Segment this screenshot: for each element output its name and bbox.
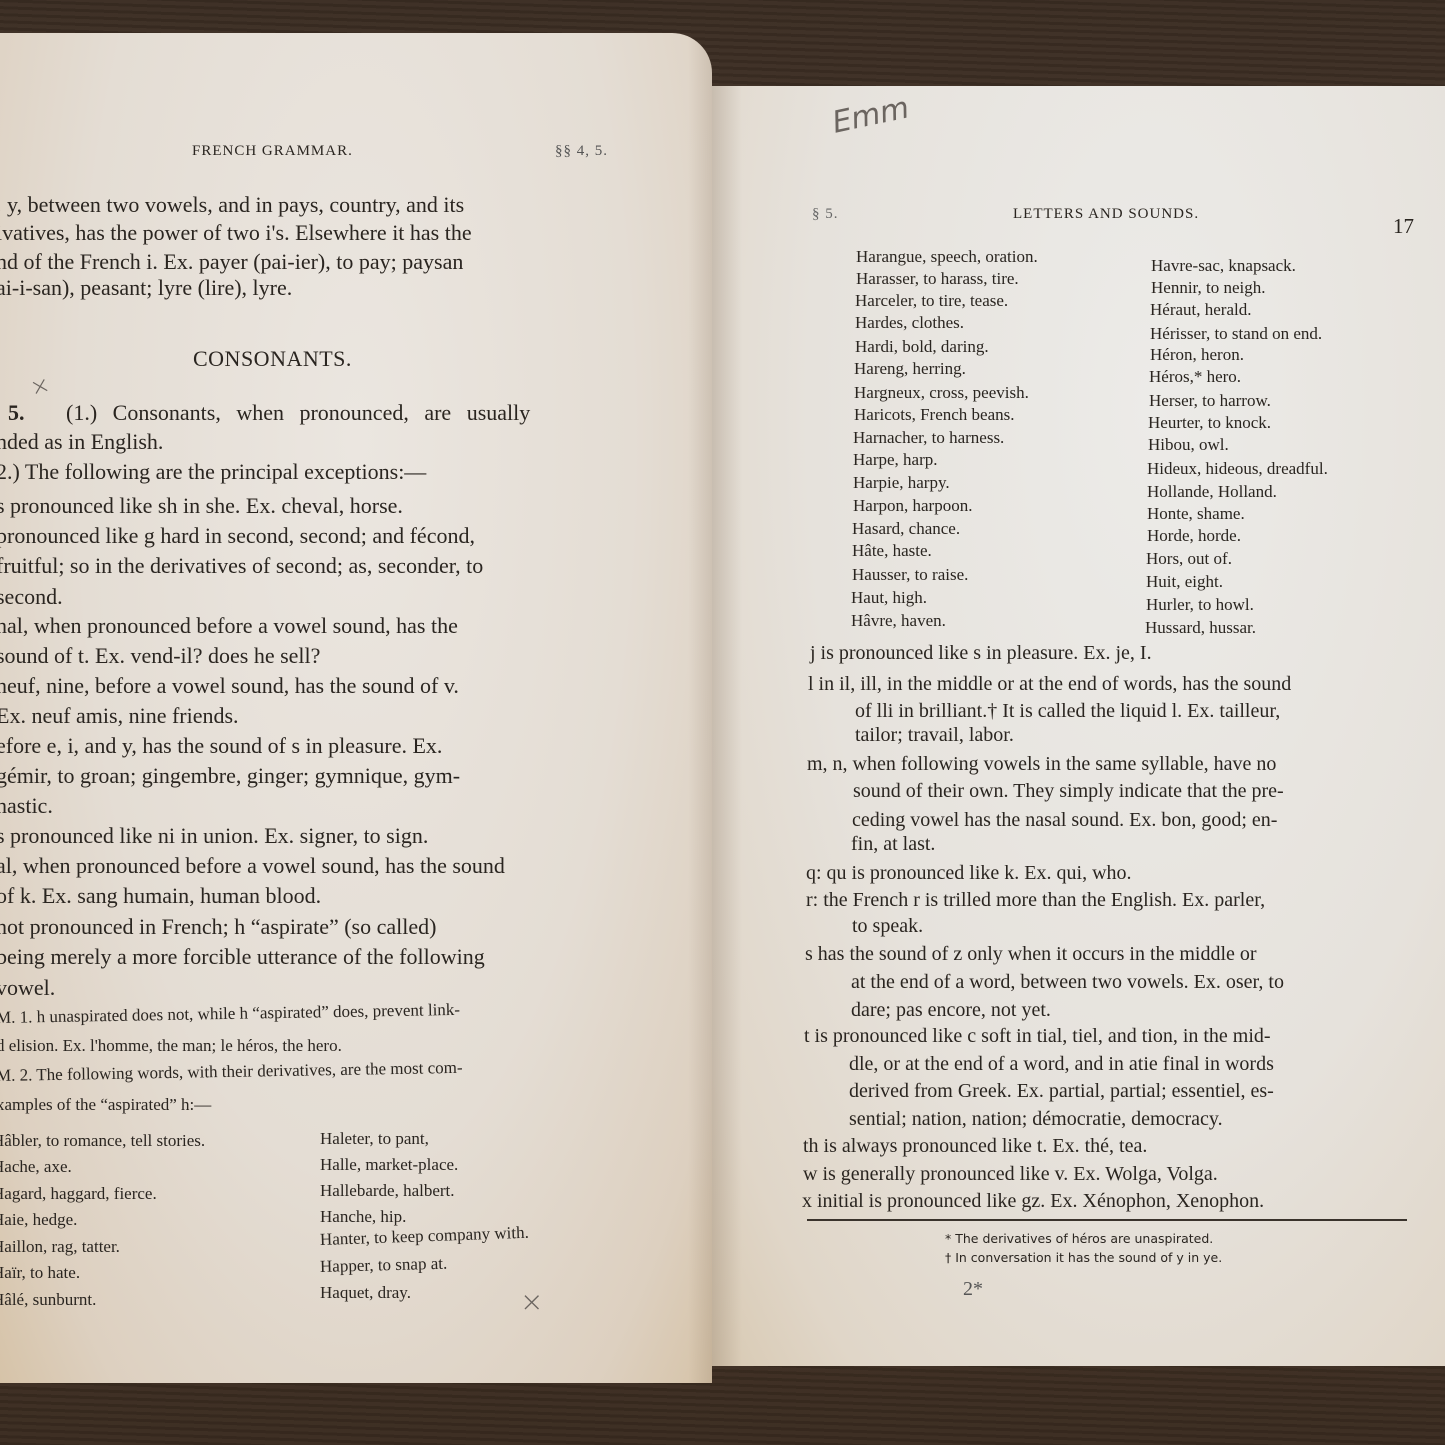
text-line: nastic. xyxy=(0,791,53,821)
text-line: (1.) Consonants, when pronounced, are us… xyxy=(66,398,530,428)
footnote: * The derivatives of héros are unaspirat… xyxy=(945,1231,1213,1246)
rule-line: m, n, when following vowels in the same … xyxy=(807,753,1276,776)
word-entry: Haut, high. xyxy=(851,588,927,608)
word-entry: Hareng, herring. xyxy=(854,359,966,379)
word-entry: Hardi, bold, daring. xyxy=(855,337,989,357)
word-entry: Huit, eight. xyxy=(1146,572,1223,592)
word-entry: Harnacher, to harness. xyxy=(853,428,1004,448)
rule-line: dle, or at the end of a word, and in ati… xyxy=(849,1053,1274,1076)
rule-line: x initial is pronounced like gz. Ex. Xén… xyxy=(802,1190,1264,1213)
word-entry: Héros,* hero. xyxy=(1149,367,1241,387)
word-entry: Haie, hedge. xyxy=(0,1210,77,1230)
word-entry: Hideux, hideous, dreadful. xyxy=(1147,459,1328,479)
text-line: 2.) The following are the principal exce… xyxy=(0,457,426,487)
text-line: sound of t. Ex. vend-il? does he sell? xyxy=(0,641,320,671)
word-entry: Hasard, chance. xyxy=(852,519,960,539)
word-entry: Harpon, harpoon. xyxy=(853,496,972,516)
text-line: nal, when pronounced before a vowel soun… xyxy=(0,611,458,641)
left-running-head: FRENCH GRAMMAR. xyxy=(192,143,353,160)
word-entry: Havre-sac, knapsack. xyxy=(1151,256,1296,276)
consonants-heading: CONSONANTS. xyxy=(193,346,352,372)
word-entry: Hargneux, cross, peevish. xyxy=(854,383,1029,403)
word-entry: Harpe, harp. xyxy=(853,450,938,470)
rule-line: q: qu is pronounced like k. Ex. qui, who… xyxy=(806,862,1132,885)
word-entry: Hâlé, sunburnt. xyxy=(0,1290,96,1310)
text-line: neuf, nine, before a vowel sound, has th… xyxy=(0,671,459,701)
rule-line: ceding vowel has the nasal sound. Ex. bo… xyxy=(852,809,1277,832)
text-line: pronounced like g hard in second, second… xyxy=(0,521,475,551)
word-entry: Hagard, haggard, fierce. xyxy=(0,1184,157,1204)
word-entry: Héraut, herald. xyxy=(1150,300,1251,320)
word-entry: Hussard, hussar. xyxy=(1145,618,1256,638)
text-line: fruitful; so in the derivatives of secon… xyxy=(0,551,483,581)
rule-line: at the end of a word, between two vowels… xyxy=(851,971,1284,994)
rule-line: l in il, ill, in the middle or at the en… xyxy=(808,673,1291,696)
rule-line: r: the French r is trilled more than the… xyxy=(806,889,1265,912)
text-line: vowel. xyxy=(0,973,55,1003)
rule-line: w is generally pronounced like v. Ex. Wo… xyxy=(803,1163,1218,1186)
word-entry: Haleter, to pant, xyxy=(320,1129,429,1149)
text-line: s pronounced like sh in she. Ex. cheval,… xyxy=(0,491,403,521)
text-line: not pronounced in French; h “aspirate” (… xyxy=(0,912,436,942)
word-entry: Hâte, haste. xyxy=(852,541,932,561)
word-entry: Happer, to snap at. xyxy=(320,1254,448,1277)
word-entry: Harangue, speech, oration. xyxy=(856,247,1038,267)
text-line: being merely a more forcible utterance o… xyxy=(0,942,485,972)
rule-line: to speak. xyxy=(852,915,923,938)
rule-line: fin, at last. xyxy=(851,833,935,856)
word-entry: Hurler, to howl. xyxy=(1146,595,1254,615)
word-entry: Herser, to harrow. xyxy=(1149,391,1271,411)
text-line: ai-i-san), peasant; lyre (lire), lyre. xyxy=(0,273,292,303)
word-entry: Hibou, owl. xyxy=(1148,435,1229,455)
word-entry: Haïr, to hate. xyxy=(0,1263,80,1283)
word-entry: Halle, market-place. xyxy=(320,1155,458,1175)
word-entry: Harasser, to harass, tire. xyxy=(856,269,1019,289)
rule-line: sound of their own. They simply indicate… xyxy=(853,780,1284,803)
remark-line: xamples of the “aspirated” h:— xyxy=(0,1095,211,1115)
rule-line: t is pronounced like c soft in tial, tie… xyxy=(804,1025,1271,1048)
footnote: † In conversation it has the sound of y … xyxy=(945,1250,1222,1265)
rule-line: tailor; travail, labor. xyxy=(855,724,1014,747)
text-line: gémir, to groan; gingembre, ginger; gymn… xyxy=(0,761,460,791)
word-entry: Hanche, hip. xyxy=(320,1207,406,1227)
page-number: 17 xyxy=(1393,214,1414,239)
text-line: ivatives, has the power of two i's. Else… xyxy=(0,218,472,248)
rule-line: th is always pronounced like t. Ex. thé,… xyxy=(803,1135,1147,1158)
word-entry: Heurter, to knock. xyxy=(1148,413,1271,433)
rule-line: sential; nation, nation; démocratie, dem… xyxy=(849,1108,1223,1131)
word-entry: Harceler, to tire, tease. xyxy=(855,291,1008,311)
rule-line: s has the sound of z only when it occurs… xyxy=(805,943,1257,966)
footnote-divider xyxy=(807,1219,1407,1221)
word-entry: Horde, horde. xyxy=(1147,526,1241,546)
text-line: Ex. neuf amis, nine friends. xyxy=(0,701,239,731)
rule-line: dare; pas encore, not yet. xyxy=(851,999,1051,1022)
word-entry: Hausser, to raise. xyxy=(852,565,968,585)
remark-line: d elision. Ex. l'homme, the man; le héro… xyxy=(0,1036,342,1056)
word-entry: Hérisser, to stand on end. xyxy=(1150,324,1322,344)
rule-line: of lli in brilliant.† It is called the l… xyxy=(855,700,1280,723)
right-running-head: LETTERS AND SOUNDS. xyxy=(1013,206,1199,223)
rule-line: derived from Greek. Ex. partial, partial… xyxy=(849,1080,1274,1103)
word-entry: Hardes, clothes. xyxy=(855,313,964,333)
left-section-ref: §§ 4, 5. xyxy=(555,143,608,160)
rule-line: j is pronounced like s in pleasure. Ex. … xyxy=(810,642,1152,665)
word-entry: Honte, shame. xyxy=(1147,504,1245,524)
text-line: . y, between two vowels, and in pays, co… xyxy=(0,190,464,220)
word-entry: Hâbler, to romance, tell stories. xyxy=(0,1131,205,1151)
pencil-mark: × xyxy=(520,1285,543,1318)
text-line: of k. Ex. sang humain, human blood. xyxy=(0,881,321,911)
text-line: efore e, i, and y, has the sound of s in… xyxy=(0,731,442,761)
word-entry: Hache, axe. xyxy=(0,1157,72,1177)
text-line: al, when pronounced before a vowel sound… xyxy=(0,851,505,881)
word-entry: Harpie, harpy. xyxy=(853,473,950,493)
text-line: second. xyxy=(0,582,63,612)
word-entry: Haillon, rag, tatter. xyxy=(0,1237,120,1257)
signature-mark: 2* xyxy=(963,1278,983,1301)
word-entry: Hallebarde, halbert. xyxy=(320,1181,455,1201)
word-entry: Héron, heron. xyxy=(1150,345,1244,365)
word-entry: Hors, out of. xyxy=(1146,549,1232,569)
word-entry: Hâvre, haven. xyxy=(851,611,946,631)
text-line: s pronounced like ni in union. Ex. signe… xyxy=(0,821,428,851)
word-entry: Haquet, dray. xyxy=(320,1283,411,1303)
text-line: nded as in English. xyxy=(0,427,163,457)
word-entry: Hennir, to neigh. xyxy=(1151,278,1266,298)
right-section-ref: § 5. xyxy=(812,206,839,223)
paragraph-number: 5. xyxy=(8,398,25,428)
word-entry: Hollande, Holland. xyxy=(1147,482,1277,502)
word-entry: Haricots, French beans. xyxy=(854,405,1015,425)
